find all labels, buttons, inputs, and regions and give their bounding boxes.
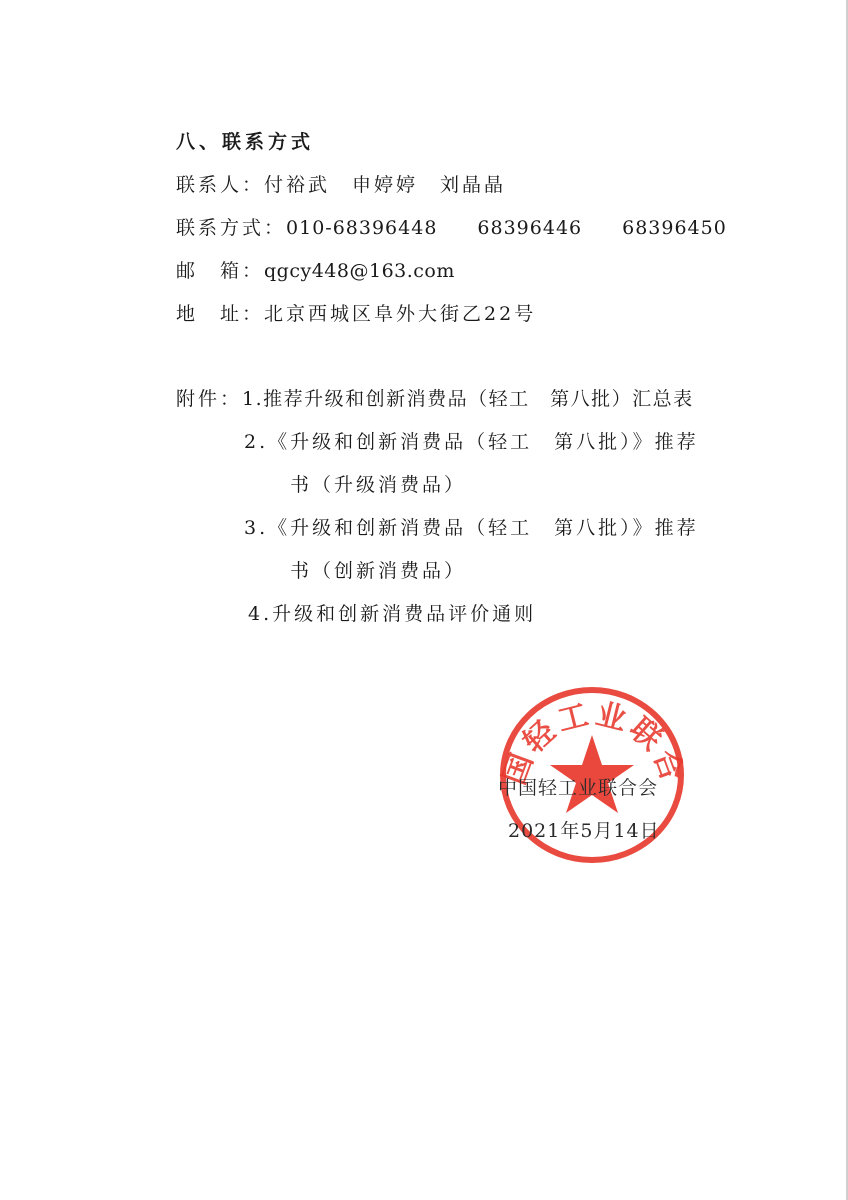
document-page: 八、联系方式 联系人：付裕武 申婷婷 刘晶晶 联系方式：010-68396448… xyxy=(0,0,848,1200)
attachment-1-text: 1.推荐升级和创新消费品（轻工 第八批）汇总表 xyxy=(242,388,694,410)
contact-persons-label: 联系人： xyxy=(176,174,264,196)
phone-row: 联系方式：010-68396448 68396446 68396450 xyxy=(176,216,727,240)
attachment-item-3-cont: 书（创新消费品） xyxy=(290,559,466,583)
contact-persons-value: 付裕武 申婷婷 刘晶晶 xyxy=(264,174,506,196)
phone-value: 010-68396448 68396446 68396450 xyxy=(286,217,727,239)
attachment-item-2: 2.《升级和创新消费品（轻工 第八批）》推荐 xyxy=(244,430,699,454)
attachment-item-4: 4.升级和创新消费品评价通则 xyxy=(248,602,536,626)
attachment-item-2-cont: 书（升级消费品） xyxy=(290,473,466,497)
email-value: qgcy448@163.com xyxy=(264,260,455,282)
address-label: 地 址： xyxy=(176,303,264,325)
attachment-item-3: 3.《升级和创新消费品（轻工 第八批）》推荐 xyxy=(244,516,699,540)
signature-organization: 中国轻工业联合会 xyxy=(498,773,658,800)
address-row: 地 址：北京西城区阜外大街乙22号 xyxy=(176,302,536,326)
attachment-item-1: 附件：1.推荐升级和创新消费品（轻工 第八批）汇总表 xyxy=(176,387,694,411)
address-value: 北京西城区阜外大街乙22号 xyxy=(264,303,536,325)
email-label: 邮 箱： xyxy=(176,260,264,282)
signature-date: 2021年5月14日 xyxy=(508,816,660,843)
email-row: 邮 箱：qgcy448@163.com xyxy=(176,259,455,283)
section-heading: 八、联系方式 xyxy=(176,130,314,154)
attachments-label: 附件： xyxy=(176,388,242,410)
contact-persons-row: 联系人：付裕武 申婷婷 刘晶晶 xyxy=(176,173,506,197)
phone-label: 联系方式： xyxy=(176,217,286,239)
